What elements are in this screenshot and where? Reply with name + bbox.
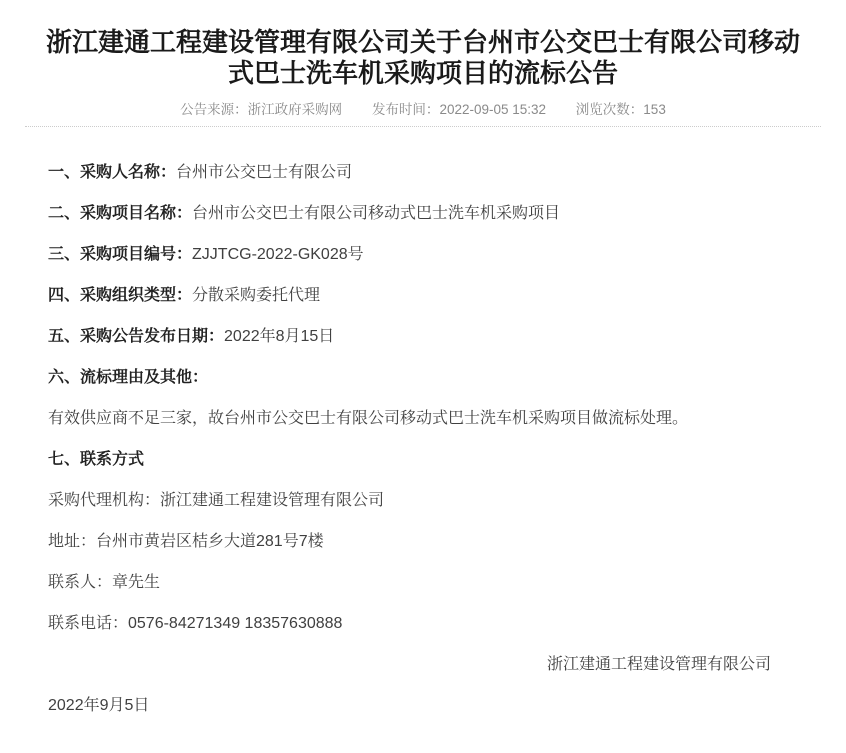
meta-publish-value: 2022-09-05 15:32 [439, 102, 546, 117]
page-title-line-1: 浙江建通工程建设管理有限公司关于台州市公交巴士有限公司移动 [46, 27, 800, 57]
item-value: 分散采购委托代理 [192, 287, 320, 304]
item-value: ZJJTCG-2022-GK028号 [192, 246, 364, 263]
meta-source-label: 公告来源： [180, 102, 248, 117]
page-title: 浙江建通工程建设管理有限公司关于台州市公交巴士有限公司移动 式巴士洗车机采购项目… [40, 27, 806, 89]
item-label: 四、采购组织类型： [48, 287, 192, 304]
meta-views-value: 153 [643, 102, 666, 117]
meta-source: 公告来源：浙江政府采购网 [180, 101, 342, 118]
item-label: 五、采购公告发布日期： [48, 328, 224, 345]
meta-views-label: 浏览次数： [576, 102, 644, 117]
item-project-number: 三、采购项目编号：ZJJTCG-2022-GK028号 [48, 246, 798, 263]
item-purchaser-name: 一、采购人名称：台州市公交巴士有限公司 [48, 164, 798, 181]
announcement-page: 浙江建通工程建设管理有限公司关于台州市公交巴士有限公司移动 式巴士洗车机采购项目… [0, 0, 846, 753]
item-value: 2022年8月15日 [224, 328, 334, 345]
signature-company: 浙江建通工程建设管理有限公司 [48, 656, 771, 673]
meta-source-value: 浙江政府采购网 [248, 102, 343, 117]
contact-section-heading: 七、联系方式 [48, 451, 798, 468]
item-label: 三、采购项目编号： [48, 246, 192, 263]
item-label: 六、流标理由及其他： [48, 369, 208, 386]
contact-agency-line: 采购代理机构：浙江建通工程建设管理有限公司 [48, 492, 798, 509]
meta-view-count: 浏览次数：153 [576, 101, 666, 118]
item-organization-type: 四、采购组织类型：分散采购委托代理 [48, 287, 798, 304]
item-label: 一、采购人名称： [48, 164, 176, 181]
item-value: 台州市公交巴士有限公司移动式巴士洗车机采购项目 [192, 205, 560, 222]
contact-phone-line: 联系电话：0576-84271349 18357630888 [48, 615, 798, 632]
item-project-name: 二、采购项目名称：台州市公交巴士有限公司移动式巴士洗车机采购项目 [48, 205, 798, 222]
item-publish-date: 五、采购公告发布日期：2022年8月15日 [48, 328, 798, 345]
failure-reason-paragraph: 有效供应商不足三家，故台州市公交巴士有限公司移动式巴士洗车机采购项目做流标处理。 [48, 410, 798, 427]
contact-address-line: 地址：台州市黄岩区桔乡大道281号7楼 [48, 533, 798, 550]
signature-date: 2022年9月5日 [48, 697, 798, 714]
meta-publish-label: 发布时间： [372, 102, 440, 117]
announcement-body: 一、采购人名称：台州市公交巴士有限公司 二、采购项目名称：台州市公交巴士有限公司… [0, 127, 846, 714]
item-value: 台州市公交巴士有限公司 [176, 164, 352, 181]
meta-bar: 公告来源：浙江政府采购网 发布时间：2022-09-05 15:32 浏览次数：… [0, 101, 846, 118]
item-failure-reason-heading: 六、流标理由及其他： [48, 369, 798, 386]
page-title-line-2: 式巴士洗车机采购项目的流标公告 [228, 58, 618, 88]
item-label: 二、采购项目名称： [48, 205, 192, 222]
meta-publish-time: 发布时间：2022-09-05 15:32 [372, 101, 546, 118]
contact-person-line: 联系人：章先生 [48, 574, 798, 591]
